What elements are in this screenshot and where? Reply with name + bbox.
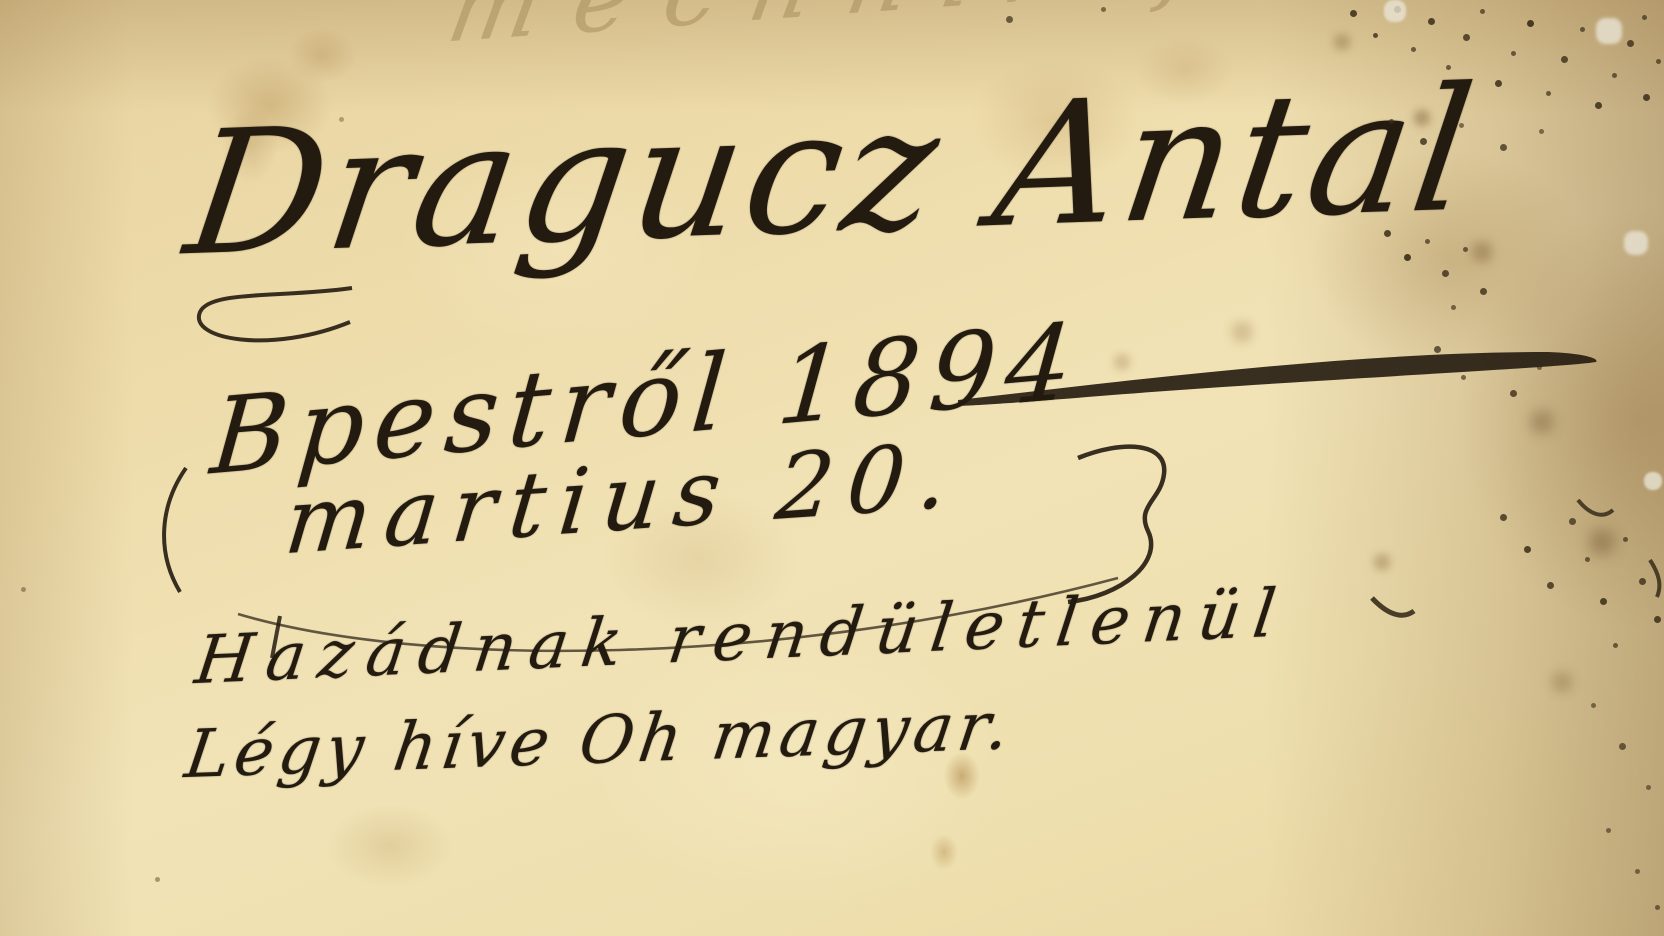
lead-in-paren-flourish [164, 468, 186, 592]
name-line: Dragucz Antal [178, 65, 1486, 281]
paper-damage-spots [0, 0, 6, 6]
faded-pencil-inscription: mechnik fé [441, 0, 1333, 57]
quote-line-1: Hazádnak rendületlenül [192, 580, 1293, 694]
squiggle-flourish [1068, 447, 1164, 602]
mold-mark [1578, 500, 1613, 515]
mold-mark [1650, 560, 1659, 597]
manuscript-page: mechnik fé Dragucz Antal Bpestről 1894 m… [0, 0, 1664, 936]
quote-line-2: Légy híve Oh magyar. [181, 693, 1018, 788]
mold-mark [1372, 598, 1414, 615]
capital-d-loop-flourish [199, 288, 352, 340]
